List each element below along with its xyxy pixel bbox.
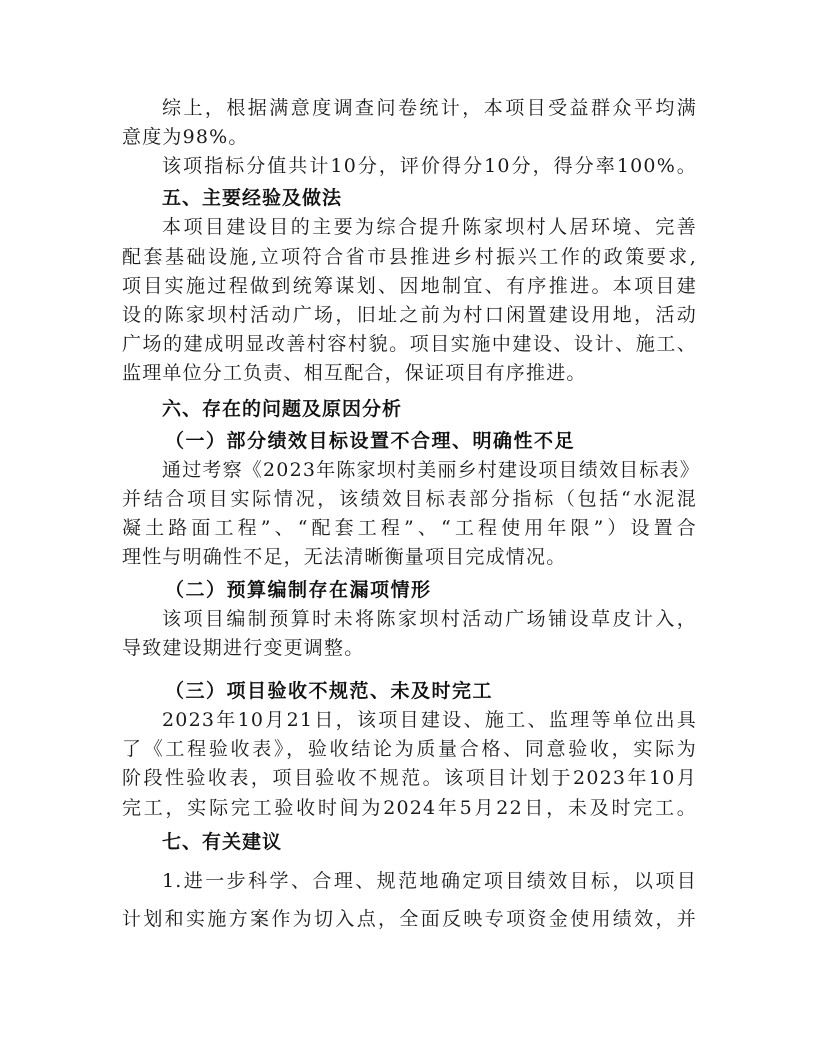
paragraph-line: 本项目建设目的主要为综合提升陈家坝村人居环境、完善 xyxy=(162,215,697,239)
paragraph-line: 综上，根据满意度调查问卷统计，本项目受益群众平均满 xyxy=(162,96,697,120)
paragraph-line: 完工，实际完工验收时间为2024年5月22日，未及时完工。 xyxy=(122,796,697,820)
paragraph-line: 通过考察《2023年陈家坝村美丽乡村建设项目绩效目标表》 xyxy=(162,458,697,482)
paragraph-line: 1.进一步科学、合理、规范地确定项目绩效目标，以项目 xyxy=(162,869,697,893)
paragraph-line: 了《工程验收表》，验收结论为质量合格、同意验收，实际为 xyxy=(122,737,697,761)
paragraph-line: 理性与明确性不足，无法清晰衡量项目完成情况。 xyxy=(122,545,697,569)
subsection-heading: （二）预算编制存在漏项情形 xyxy=(165,578,740,602)
paragraph-line: 意度为98%。 xyxy=(122,125,697,149)
document-page: 综上，根据满意度调查问卷统计，本项目受益群众平均满 意度为98%。 该项指标分值… xyxy=(0,0,816,1056)
subsection-heading: （三）项目验收不规范、未及时完工 xyxy=(165,679,740,703)
paragraph-line: 该项指标分值共计10分，评价得分10分，得分率100%。 xyxy=(162,154,697,178)
paragraph-line: 导致建设期进行变更调整。 xyxy=(122,636,697,660)
paragraph-line: 该项目编制预算时未将陈家坝村活动广场铺设草皮计入， xyxy=(162,607,697,631)
section-heading: 五、主要经验及做法 xyxy=(162,186,697,210)
paragraph-line: 2023年10月21日，该项目建设、施工、监理等单位出具 xyxy=(162,708,697,732)
paragraph-line: 项目实施过程做到统筹谋划、因地制宜、有序推进。本项目建 xyxy=(122,274,697,298)
paragraph-line: 监理单位分工负责、相互配合，保证项目有序推进。 xyxy=(122,361,697,385)
paragraph-line: 阶段性验收表，项目验收不规范。该项目计划于2023年10月 xyxy=(122,766,697,790)
paragraph-line: 凝土路面工程”、“配套工程”、“工程使用年限”）设置合 xyxy=(122,516,697,540)
paragraph-line: 配套基础设施,立项符合省市县推进乡村振兴工作的政策要求, xyxy=(122,245,697,269)
section-heading: 六、存在的问题及原因分析 xyxy=(162,397,697,421)
paragraph-line: 并结合项目实际情况，该绩效目标表部分指标（包括“水泥混 xyxy=(122,487,697,511)
section-heading: 七、有关建议 xyxy=(162,830,697,854)
subsection-heading: （一）部分绩效目标设置不合理、明确性不足 xyxy=(165,429,740,453)
paragraph-line: 广场的建成明显改善村容村貌。项目实施中建设、设计、施工、 xyxy=(122,332,697,356)
paragraph-line: 设的陈家坝村活动广场，旧址之前为村口闲置建设用地，活动 xyxy=(122,303,697,327)
paragraph-line: 计划和实施方案作为切入点，全面反映专项资金使用绩效，并 xyxy=(122,907,697,931)
